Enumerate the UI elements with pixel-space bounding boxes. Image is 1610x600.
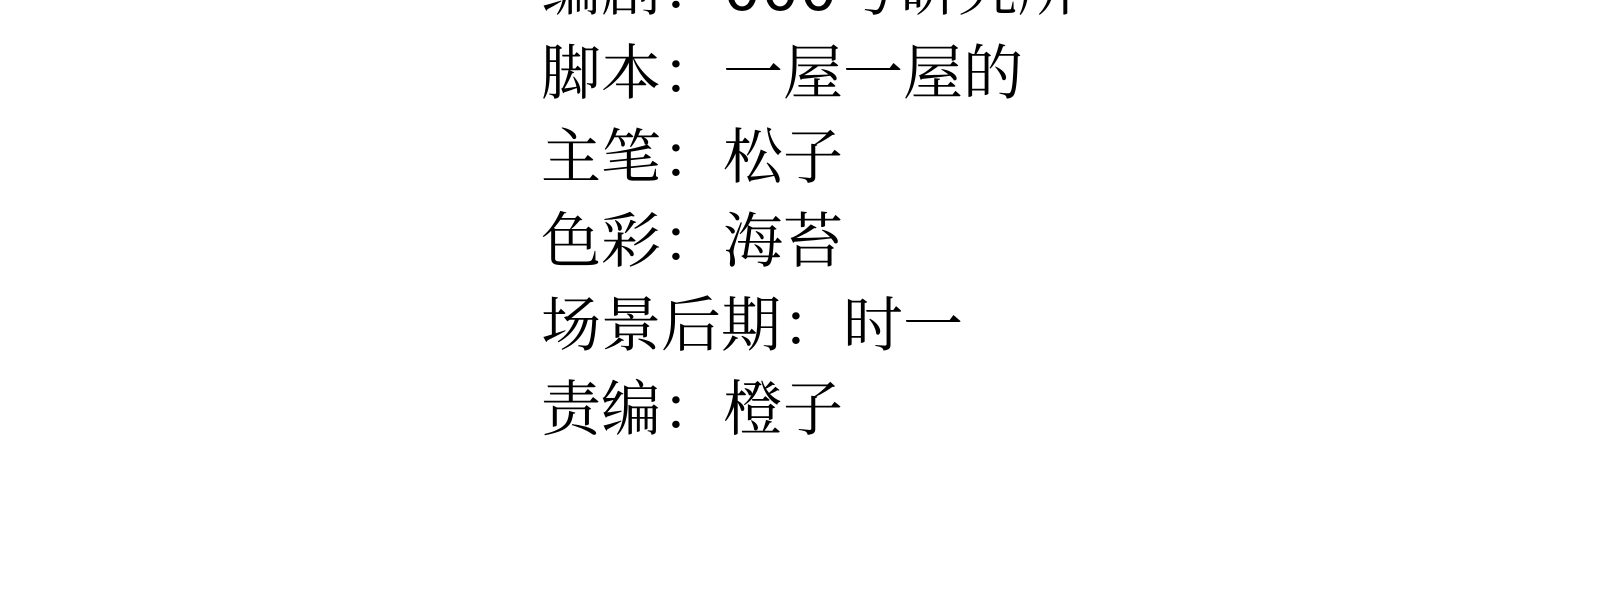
credit-name: 海苔 [723,200,843,284]
credits-list: 编剧：000号研究所 脚本：一屋一屋的 主笔：松子 色彩：海苔 场景后期：时一 … [541,0,1078,452]
credit-role: 脚本 [541,32,661,116]
credit-name: 时一 [843,284,963,368]
credit-screenwriter: 编剧：000号研究所 [541,0,1078,32]
credit-background-postproduction: 场景后期：时一 [541,284,1078,368]
credit-role: 主笔 [541,116,661,200]
credit-separator: ： [781,284,843,368]
credit-separator: ： [661,0,723,32]
credit-role: 责编 [541,368,661,452]
credit-script: 脚本：一屋一屋的 [541,32,1078,116]
credit-separator: ： [661,368,723,452]
credit-separator: ： [661,116,723,200]
credit-role: 编剧 [541,0,661,32]
credit-name: 000号研究所 [723,0,1078,32]
credit-role: 色彩 [541,200,661,284]
credit-name: 松子 [723,116,843,200]
credit-editor: 责编：橙子 [541,368,1078,452]
credit-name: 一屋一屋的 [723,32,1023,116]
credit-lead-artist: 主笔：松子 [541,116,1078,200]
credit-colorist: 色彩：海苔 [541,200,1078,284]
credit-separator: ： [661,200,723,284]
credit-separator: ： [661,32,723,116]
credit-name: 橙子 [723,368,843,452]
credit-role: 场景后期 [541,284,781,368]
